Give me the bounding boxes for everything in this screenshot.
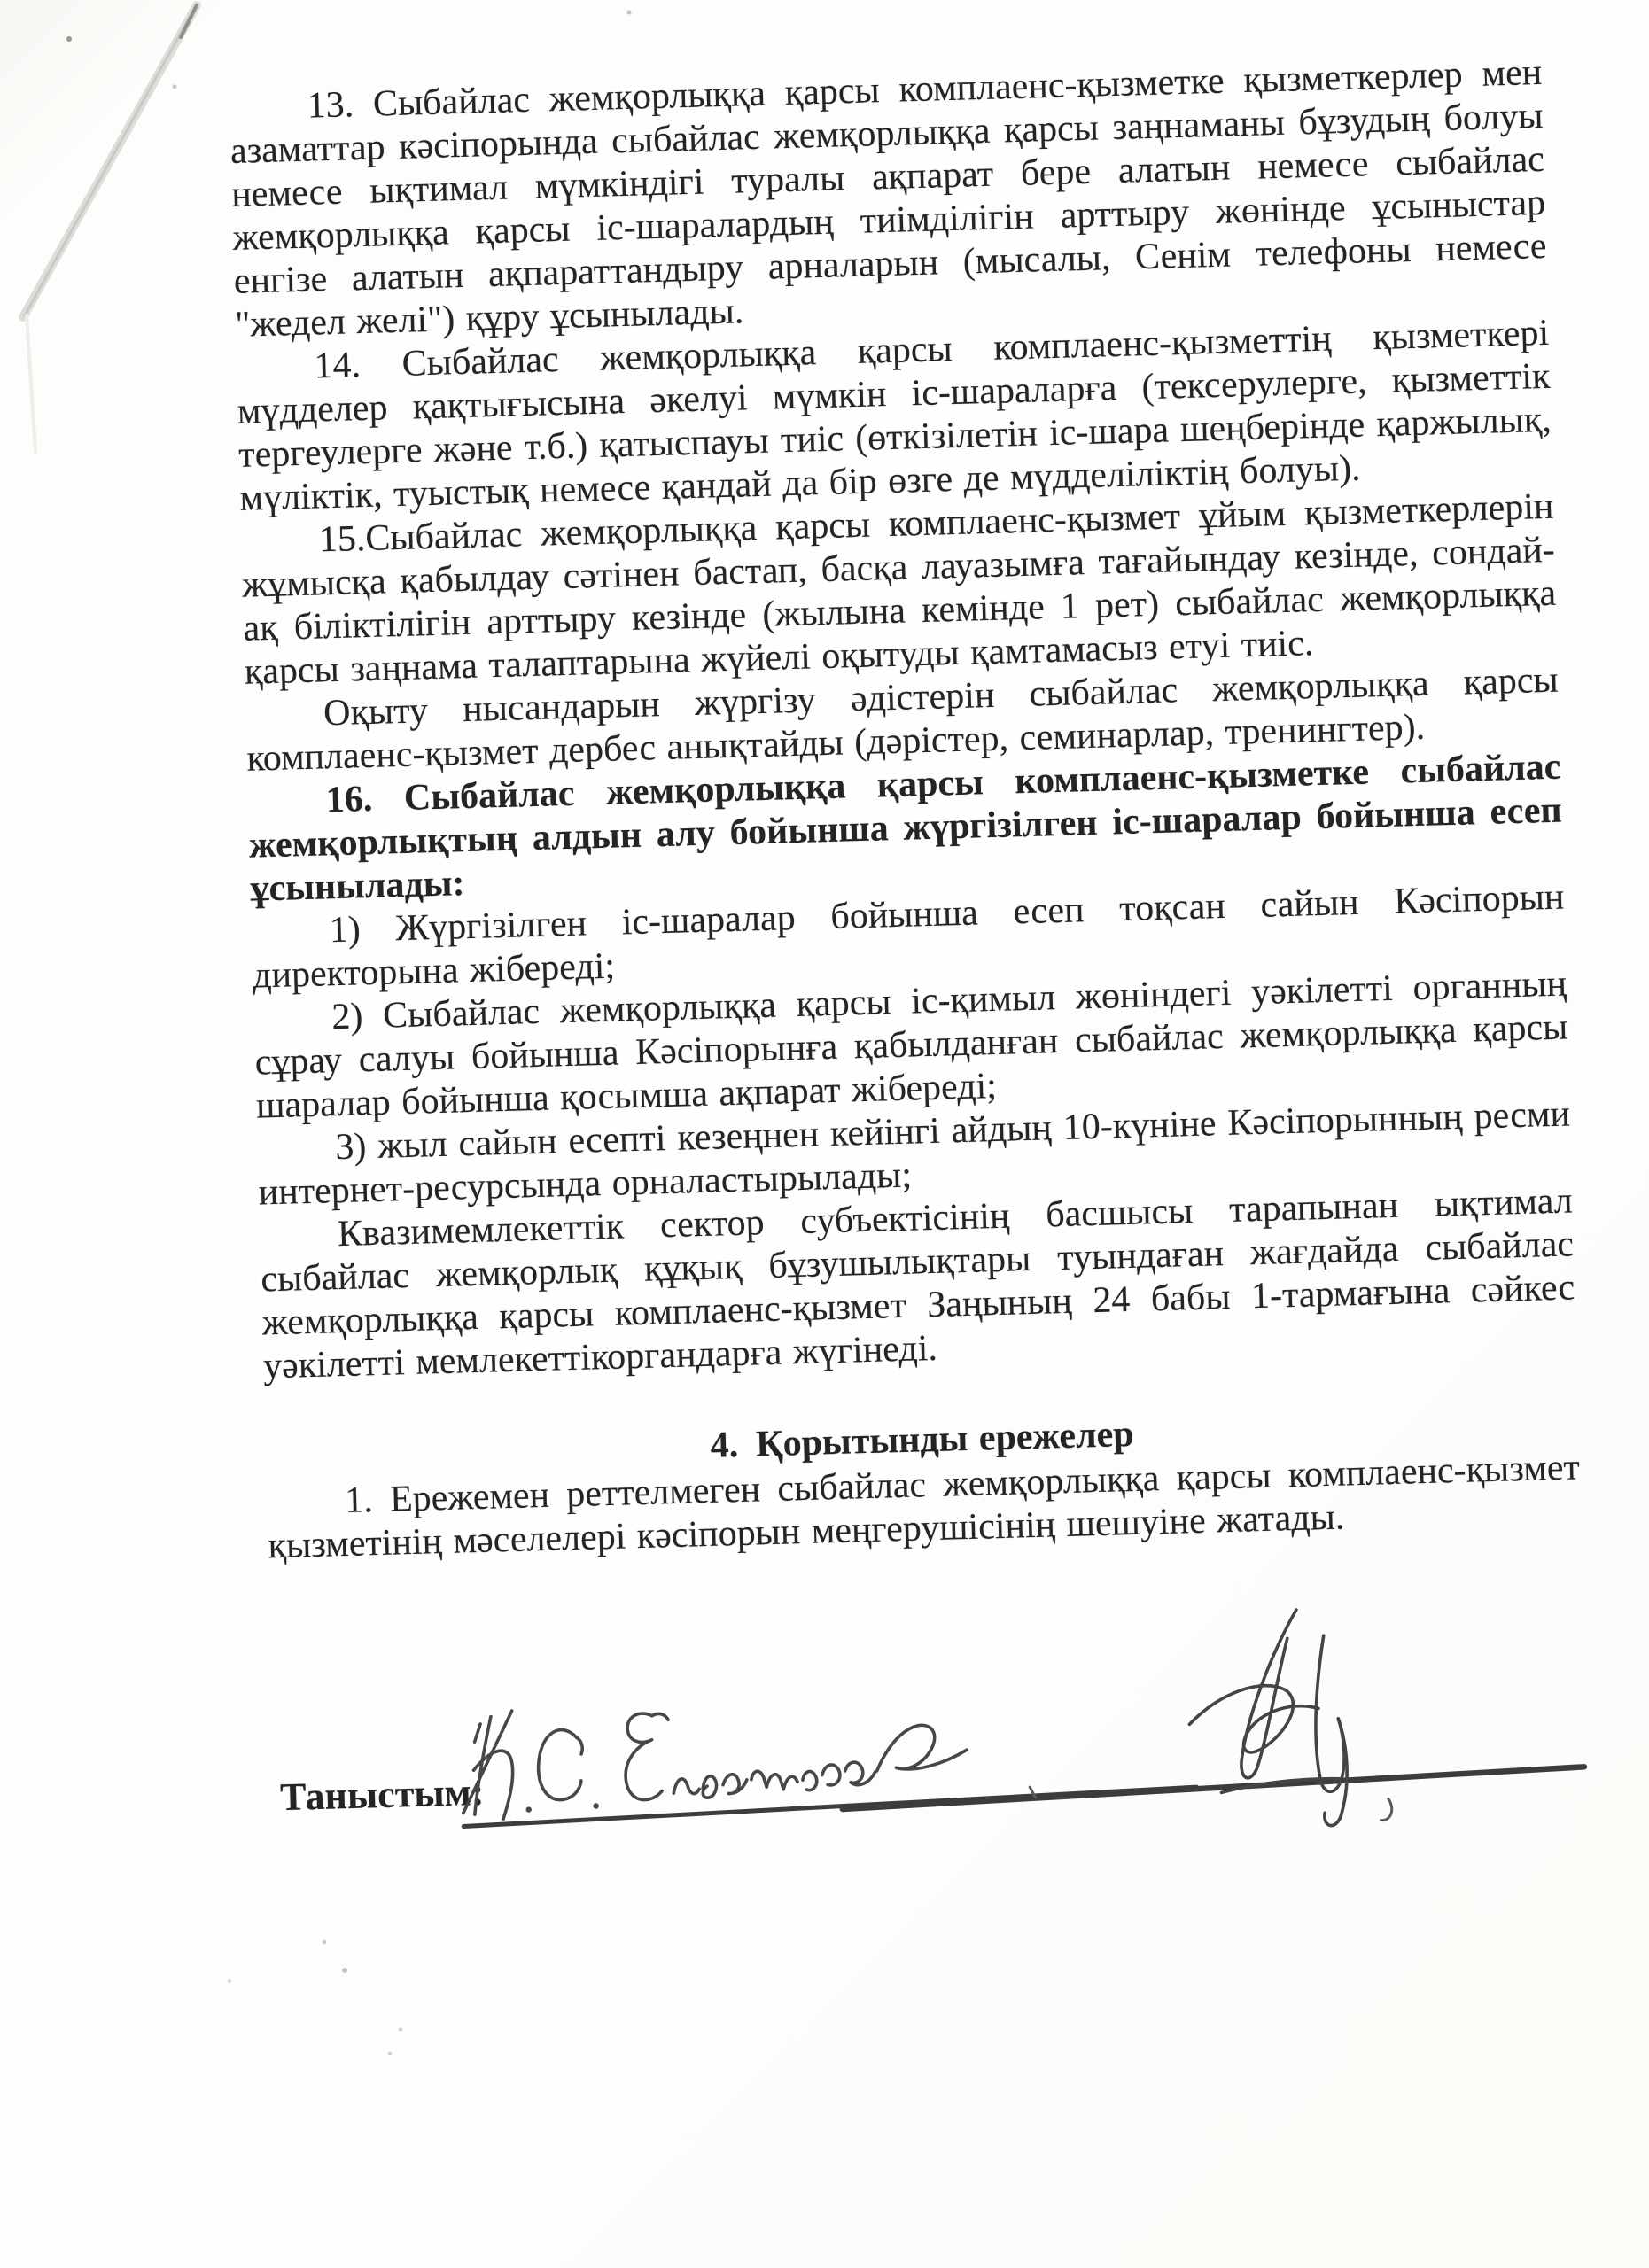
section-number: 4. <box>710 1425 739 1466</box>
section-title: Қорытынды ережелер <box>756 1414 1135 1465</box>
signature-underline <box>463 1767 1584 1826</box>
signature-canvas <box>269 1570 1591 1907</box>
document-body-text: 13. Сыбайлас жемқорлыққа қарсы комплаенс… <box>229 51 1590 1876</box>
handwritten-signature-autograph <box>1186 1609 1349 1829</box>
scan-crease-line <box>23 5 197 452</box>
paragraph-14: 14. Сыбайлас жемқорлыққа қарсы комплаенс… <box>236 312 1553 521</box>
signature-block: Таныстым: <box>273 1685 1590 1876</box>
paragraph-15: 15.Сыбайлас жемқорлыққа қарсы комплаенс-… <box>240 485 1558 695</box>
scanned-document-page: 13. Сыбайлас жемқорлыққа қарсы комплаенс… <box>0 0 1649 2268</box>
paragraph-13: 13. Сыбайлас жемқорлыққа қарсы комплаенс… <box>229 51 1548 347</box>
paragraph-quasi-state: Квазимемлекеттік сектор субъектісінің ба… <box>259 1179 1576 1388</box>
